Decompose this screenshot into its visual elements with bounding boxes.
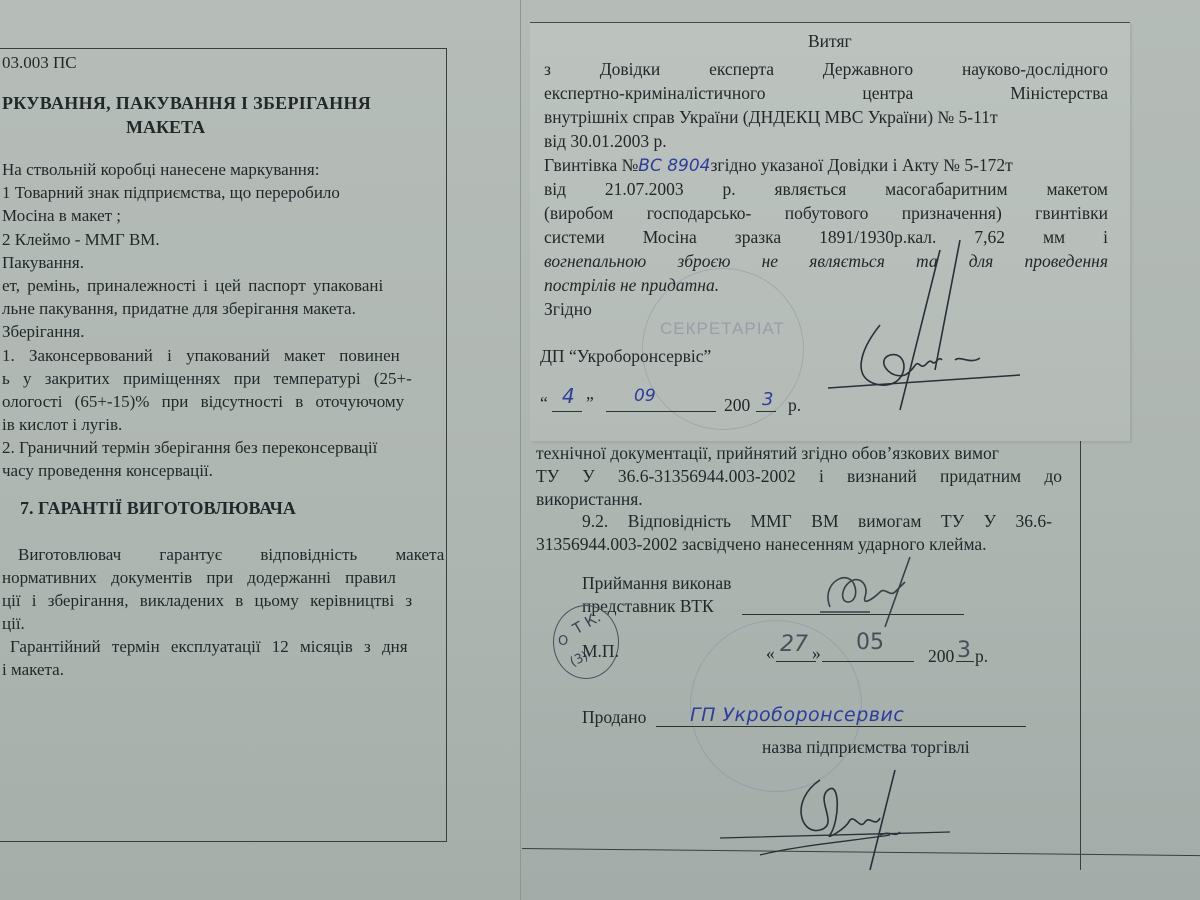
text-line: ції і зберігання, викладених в цьому кер… — [2, 590, 412, 612]
secretariat-stamp-text: СЕКРЕТАРІАТ — [660, 319, 785, 339]
w: (виробом — [544, 202, 613, 224]
slip-date-day: 4 — [562, 384, 575, 408]
w: ТУ — [536, 465, 559, 487]
w: і — [819, 465, 824, 487]
text-line: технічної документації, прийнятий згідно… — [536, 442, 1062, 464]
w: Державного — [823, 58, 913, 80]
slip-date-close-quote: ” — [586, 392, 594, 414]
slip-year-prefix: 200 — [724, 394, 750, 416]
sold-caption: назва підприємства торгівлі — [762, 736, 970, 758]
text-line: Мосіна в макет ; — [2, 205, 121, 227]
w: науково-дослідного — [962, 58, 1108, 80]
text-line: 2 Клеймо - ММГ ВМ. — [2, 229, 160, 251]
w: від — [544, 178, 566, 200]
w: гвинтівки — [1035, 202, 1108, 224]
text-line: льне пакування, придатне для зберігання … — [2, 298, 356, 320]
w: ММГ — [751, 510, 792, 532]
text-line: ологості (65+-15)% при відсутності в ото… — [2, 391, 404, 413]
text-line: і макета. — [2, 659, 64, 681]
otk-stamp-text: О — [558, 634, 568, 649]
text-line: нормативних документів при додержанні пр… — [2, 567, 396, 589]
w: і — [1103, 226, 1108, 248]
slip-date-suffix: р. — [788, 394, 801, 416]
w: мм — [1043, 226, 1065, 248]
date-suffix: р. — [975, 645, 988, 667]
agreed-label: Згідно — [544, 298, 592, 320]
sold-label: Продано — [582, 706, 646, 728]
w: Відповідність — [628, 510, 731, 532]
w: вогнепальною — [544, 250, 646, 272]
text-line: ет, ремінь, приналежності і цей паспорт … — [2, 275, 383, 297]
w: У — [582, 465, 594, 487]
text-line: На ствольній коробці нанесене маркування… — [2, 159, 319, 181]
w: масогабаритним — [885, 178, 1007, 200]
slip-line: з Довідки експерта Державного науково-до… — [544, 58, 1108, 80]
doc-code: 03.003 ПС — [2, 52, 77, 74]
slip-year-line — [756, 411, 776, 412]
w: експерта — [709, 58, 774, 80]
w: до — [1044, 465, 1062, 487]
text-line: 2. Граничний термін зберігання без перек… — [2, 437, 377, 459]
accept-date-month: 05 — [856, 630, 884, 655]
org-name: ДП “Укроборонсервіс” — [540, 345, 711, 367]
seller-signature — [720, 760, 960, 880]
vtk-signature — [810, 552, 930, 632]
mp-label: М.П. — [582, 640, 619, 662]
date-month-line — [822, 661, 914, 662]
sold-line — [656, 726, 1026, 727]
section-6-title: РКУВАННЯ, ПАКУВАННЯ І ЗБЕРІГАННЯ — [2, 92, 371, 114]
date-close-quote: » — [812, 642, 821, 664]
w: макетом — [1046, 178, 1107, 200]
rifle-number-handwritten: ВС 8904 — [638, 156, 710, 176]
w: господарсько- — [647, 202, 752, 224]
text: 1 Товарний знак підприємства, що перероб… — [2, 182, 340, 204]
otk-stamp-text: Т К. — [569, 608, 603, 638]
text-line: часу проведення консервації. — [2, 460, 213, 482]
w: Довідки — [600, 58, 661, 80]
w: не — [762, 250, 778, 272]
slip-date-month: 09 — [634, 386, 656, 406]
text-line: 1. Законсервований і упакований макет по… — [2, 345, 400, 367]
text-line: Гарантійний термін експлуатації 12 місяц… — [10, 636, 408, 658]
accept-date-day: 27 — [780, 632, 808, 657]
text-line: 1 Товарний знак підприємства, що перероб… — [2, 182, 434, 204]
section-7-title: 7. ГАРАНТІЇ ВИГОТОВЛЮВАЧА — [20, 497, 296, 519]
slip-line: від 21.07.2003 р. являється масогабаритн… — [544, 178, 1108, 200]
w: системи — [544, 226, 605, 248]
w: 36.6-31356944.003-2002 — [618, 465, 796, 487]
w: Міністерства — [1010, 82, 1108, 104]
w: зразка — [735, 226, 781, 248]
w: придатним — [940, 465, 1021, 487]
rifle-line: Гвинтівка №ВС 8904згідно указаної Довідк… — [544, 154, 1013, 177]
w: ТУ — [941, 510, 964, 532]
sold-to-handwritten: ГП Укроборонсервис — [690, 704, 904, 726]
slip-date-year: 3 — [762, 389, 773, 410]
w: 21.07.2003 — [605, 178, 684, 200]
w: 36.6- — [1016, 510, 1052, 532]
slip-title: Витяг — [808, 30, 852, 52]
text-line: Пакування. — [2, 252, 84, 274]
w: з — [544, 58, 551, 80]
slip-italic-line: пострілів не придатна. — [544, 274, 719, 296]
slip-date-open-quote: “ — [540, 392, 548, 414]
date-day-line — [776, 661, 816, 662]
slip-line: внутрішніх справ України (ДНДЕКЦ МВС Укр… — [544, 106, 998, 128]
w: вимогам — [858, 510, 921, 532]
text-line: Виготовлювач гарантує відповідність маке… — [18, 544, 444, 566]
section-6-title-line2: МАКЕТА — [126, 116, 205, 138]
date-open-quote: « — [766, 642, 775, 664]
w: Мосіна — [643, 226, 697, 248]
w: визнаний — [847, 465, 917, 487]
w: призначення) — [902, 202, 1002, 224]
text-line: ь у закритих приміщеннях при температурі… — [2, 368, 412, 390]
acceptance-label: Приймання виконав — [582, 572, 731, 594]
w: р. — [723, 178, 736, 200]
left-page: 03.003 ПС РКУВАННЯ, ПАКУВАННЯ І ЗБЕРІГАН… — [0, 0, 520, 900]
rifle-suffix: згідно указаної Довідки і Акту № 5-172т — [711, 155, 1013, 175]
w: У — [984, 510, 996, 532]
text-line: ції. — [2, 613, 25, 635]
w: ВМ — [811, 510, 838, 532]
w: являється — [774, 178, 846, 200]
director-signature — [820, 240, 1040, 420]
w: зброєю — [677, 250, 730, 272]
rifle-prefix: Гвинтівка № — [544, 155, 638, 175]
slip-day-line — [552, 411, 582, 412]
date-year-prefix: 200 — [928, 645, 954, 667]
w: побутового — [785, 202, 869, 224]
w: центра — [862, 82, 913, 104]
w: 9.2. — [582, 510, 608, 532]
text-line: Зберігання. — [2, 321, 85, 343]
slip-line: експертно-криміналістичного центра Мініс… — [544, 82, 1108, 104]
slip-line: (виробом господарсько- побутового призна… — [544, 202, 1108, 224]
slip-month-line — [606, 411, 716, 412]
slip-line: від 30.01.2003 р. — [544, 130, 667, 152]
w: експертно-криміналістичного — [544, 82, 765, 104]
text: технічної документації, прийнятий згідно… — [536, 442, 999, 464]
clause-9-2: 9.2. Відповідність ММГ ВМ вимогам ТУ У 3… — [582, 510, 1052, 532]
accept-date-year: 3 — [957, 638, 971, 663]
text-line: ів кислот і лугів. — [2, 414, 122, 436]
text-line: ТУ У 36.6-31356944.003-2002 і визнаний п… — [536, 465, 1062, 487]
text-line: використання. — [536, 488, 643, 510]
